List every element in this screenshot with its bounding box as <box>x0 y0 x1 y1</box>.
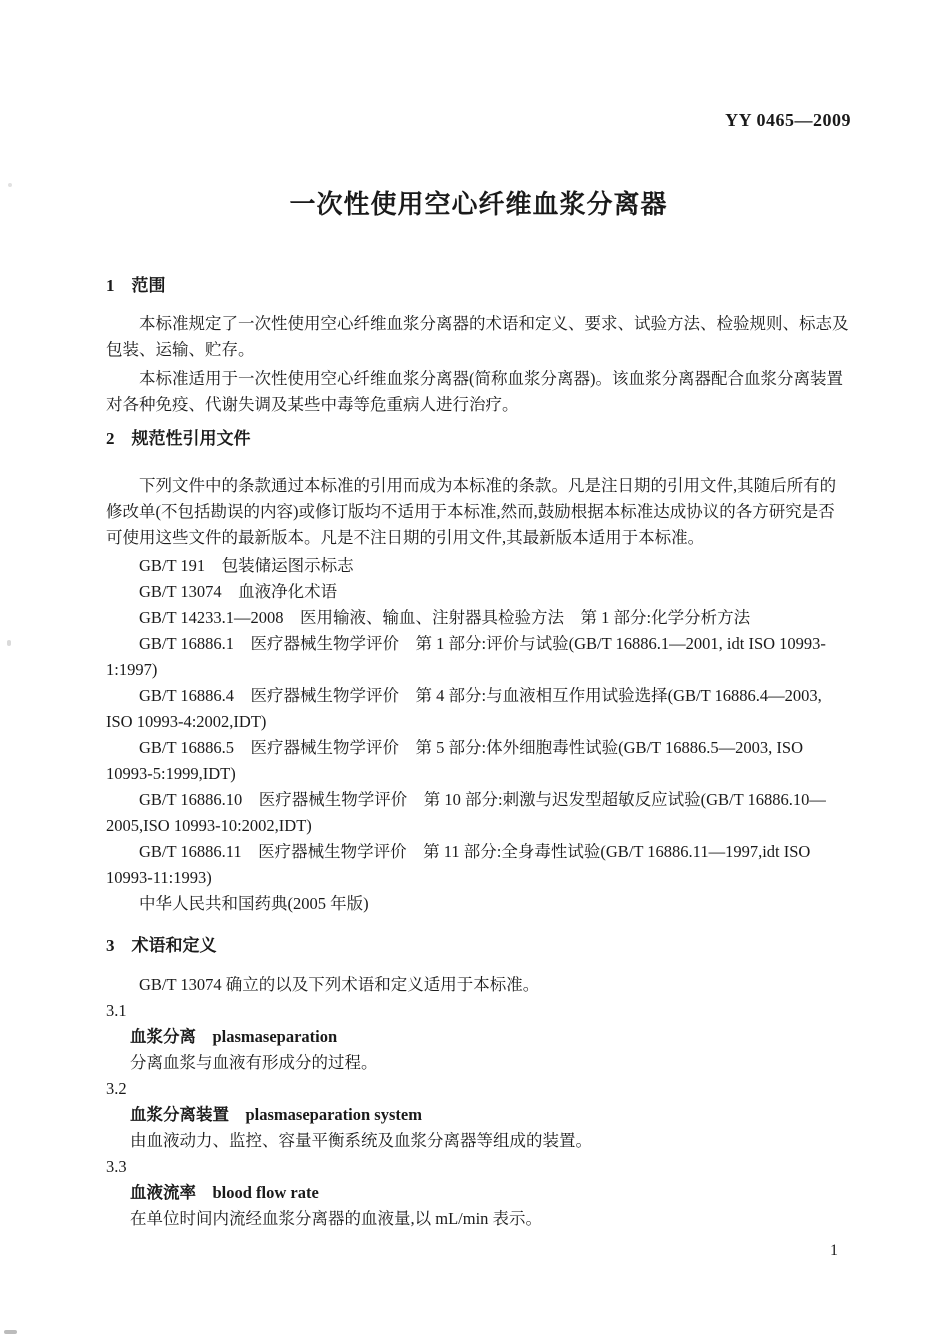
reference-item: GB/T 13074 血液净化术语 <box>106 579 851 605</box>
section-3-heading: 3 术语和定义 <box>106 933 851 959</box>
standard-code: YY 0465—2009 <box>106 107 851 133</box>
reference-item: 中华人民共和国药典(2005 年版) <box>106 891 851 917</box>
section-3-intro: GB/T 13074 确立的以及下列术语和定义适用于本标准。 <box>106 972 851 998</box>
section-2-heading: 2 规范性引用文件 <box>106 426 851 452</box>
reference-item: GB/T 16886.5 医疗器械生物学评价 第 5 部分:体外细胞毒性试验(G… <box>106 735 851 787</box>
term-name: 血浆分离 plasmaseparation <box>106 1024 851 1050</box>
reference-item: GB/T 16886.1 医疗器械生物学评价 第 1 部分:评价与试验(GB/T… <box>106 631 851 683</box>
scan-artifact <box>7 640 11 646</box>
scanned-document-page: YY 0465—2009 一次性使用空心纤维血浆分离器 1 范围 本标准规定了一… <box>0 0 950 1344</box>
term-definition: 由血液动力、监控、容量平衡系统及血浆分离器等组成的装置。 <box>106 1128 851 1154</box>
term-name: 血液流率 blood flow rate <box>106 1180 851 1206</box>
document-title: 一次性使用空心纤维血浆分离器 <box>106 188 851 222</box>
terms-and-definitions: 3.1 血浆分离 plasmaseparation 分离血浆与血液有形成分的过程… <box>106 998 851 1232</box>
term-number: 3.2 <box>106 1076 851 1102</box>
term-number: 3.3 <box>106 1154 851 1180</box>
section-2-intro: 下列文件中的条款通过本标准的引用而成为本标准的条款。凡是注日期的引用文件,其随后… <box>106 473 851 551</box>
scan-artifact <box>4 1330 17 1334</box>
term-definition: 分离血浆与血液有形成分的过程。 <box>106 1050 851 1076</box>
section-1-heading: 1 范围 <box>106 273 851 299</box>
reference-item: GB/T 191 包装储运图示标志 <box>106 553 851 579</box>
reference-item: GB/T 16886.10 医疗器械生物学评价 第 10 部分:刺激与迟发型超敏… <box>106 787 851 839</box>
scan-artifact <box>8 183 12 187</box>
term-name: 血浆分离装置 plasmaseparation system <box>106 1102 851 1128</box>
reference-item: GB/T 14233.1—2008 医用输液、输血、注射器具检验方法 第 1 部… <box>106 605 851 631</box>
term-number: 3.1 <box>106 998 851 1024</box>
section-1-paragraph: 本标准适用于一次性使用空心纤维血浆分离器(简称血浆分离器)。该血浆分离器配合血浆… <box>106 366 851 418</box>
section-1-paragraph: 本标准规定了一次性使用空心纤维血浆分离器的术语和定义、要求、试验方法、检验规则、… <box>106 311 851 363</box>
document-content: YY 0465—2009 一次性使用空心纤维血浆分离器 1 范围 本标准规定了一… <box>0 107 950 1232</box>
normative-references-list: GB/T 191 包装储运图示标志 GB/T 13074 血液净化术语 GB/T… <box>106 553 851 917</box>
term-definition: 在单位时间内流经血浆分离器的血液量,以 mL/min 表示。 <box>106 1206 851 1232</box>
page-number: 1 <box>830 1238 838 1264</box>
reference-item: GB/T 16886.11 医疗器械生物学评价 第 11 部分:全身毒性试验(G… <box>106 839 851 891</box>
reference-item: GB/T 16886.4 医疗器械生物学评价 第 4 部分:与血液相互作用试验选… <box>106 683 851 735</box>
